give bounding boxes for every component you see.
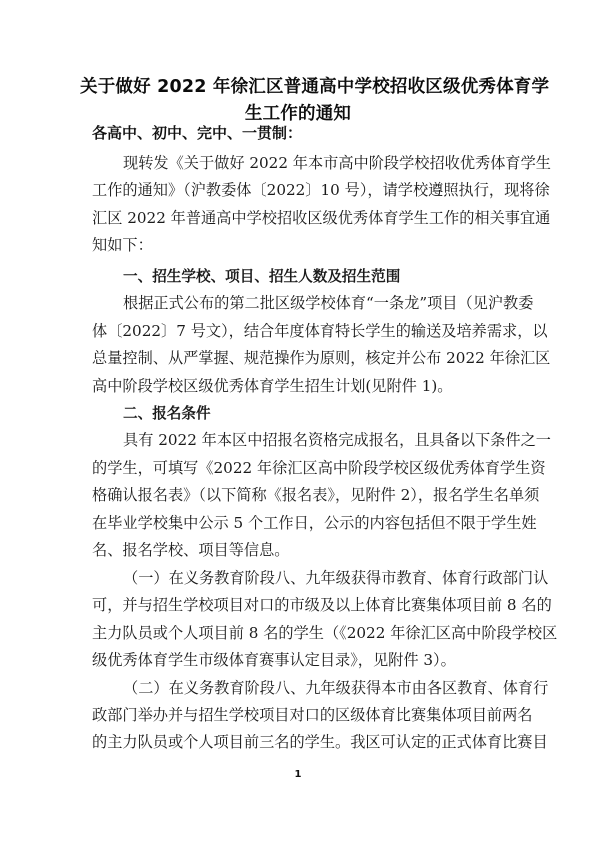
text-line: 总量控制、从严掌握、规范操作为原则，核定并公布 2022 年徐汇区 bbox=[92, 345, 504, 372]
intro-paragraph: 现转发《关于做好 2022 年本市高中阶段学校招收优秀体育学生 工作的通知》（沪… bbox=[92, 150, 504, 260]
text-line: 汇区 2022 年普通高中学校招收区级优秀体育学生工作的相关事宜通 bbox=[92, 205, 504, 232]
text-line: 具有 2022 年本区中招报名资格完成报名，且具备以下条件之一 bbox=[92, 427, 504, 454]
text-line: 的学生，可填写《2022 年徐汇区高中阶段学校区级优秀体育学生资 bbox=[92, 455, 504, 482]
section-1: 一、招生学校、项目、招生人数及招生范围 根据正式公布的第二批区级学校体育“一条龙… bbox=[92, 263, 504, 400]
text-line: 在毕业学校集中公示 5 个工作日，公示的内容包括但不限于学生姓 bbox=[92, 510, 504, 537]
list-item-2-line: 的主力队员或个人项目前三名的学生。我区可认定的正式体育比赛目 bbox=[92, 729, 504, 756]
text-line: 格确认报名表》（以下简称《报名表》，见附件 2），报名学生名单须 bbox=[92, 482, 504, 509]
list-item-1-line: 级优秀体育学生市级体育赛事认定目录》，见附件 3）。 bbox=[92, 647, 504, 674]
section-2: 二、报名条件 具有 2022 年本区中招报名资格完成报名，且具备以下条件之一 的… bbox=[92, 400, 504, 757]
document-title: 关于做好 2022 年徐汇区普通高中学校招收区级优秀体育学 生工作的通知 bbox=[80, 74, 516, 128]
section-heading: 一、招生学校、项目、招生人数及招生范围 bbox=[92, 263, 504, 290]
list-item-2-line: 政部门举办并与招生学校项目对口的区级体育比赛集体项目前两名 bbox=[92, 702, 504, 729]
text-line: 工作的通知》（沪教委体〔2022〕10 号），请学校遵照执行，现将徐 bbox=[92, 177, 504, 204]
document-page: 关于做好 2022 年徐汇区普通高中学校招收区级优秀体育学 生工作的通知 各高中… bbox=[0, 0, 596, 842]
title-line: 关于做好 2022 年徐汇区普通高中学校招收区级优秀体育学 bbox=[80, 74, 516, 101]
text-line: 现转发《关于做好 2022 年本市高中阶段学校招收优秀体育学生 bbox=[92, 150, 504, 177]
text-line: 高中阶段学校区级优秀体育学生招生计划(见附件 1)。 bbox=[92, 373, 504, 400]
salutation: 各高中、初中、完中、一贯制： bbox=[92, 122, 512, 144]
list-item-1-line: （一）在义务教育阶段八、九年级获得市教育、体育行政部门认 bbox=[92, 565, 504, 592]
list-item-2-line: （二）在义务教育阶段八、九年级获得本市由各区教育、体育行 bbox=[92, 675, 504, 702]
page-number: 1 bbox=[288, 768, 308, 782]
section-heading: 二、报名条件 bbox=[92, 400, 504, 427]
list-item-1-line: 主力队员或个人项目前 8 名的学生（《2022 年徐汇区高中阶段学校区 bbox=[92, 620, 504, 647]
text-line: 体〔2022〕7 号文），结合年度体育特长学生的输送及培养需求，以 bbox=[92, 318, 504, 345]
text-line: 知如下： bbox=[92, 232, 504, 259]
list-item-1-line: 可，并与招生学校项目对口的市级及以上体育比赛集体项目前 8 名的 bbox=[92, 592, 504, 619]
text-line: 根据正式公布的第二批区级学校体育“一条龙”项目（见沪教委 bbox=[92, 290, 504, 317]
text-line: 名、报名学校、项目等信息。 bbox=[92, 537, 504, 564]
